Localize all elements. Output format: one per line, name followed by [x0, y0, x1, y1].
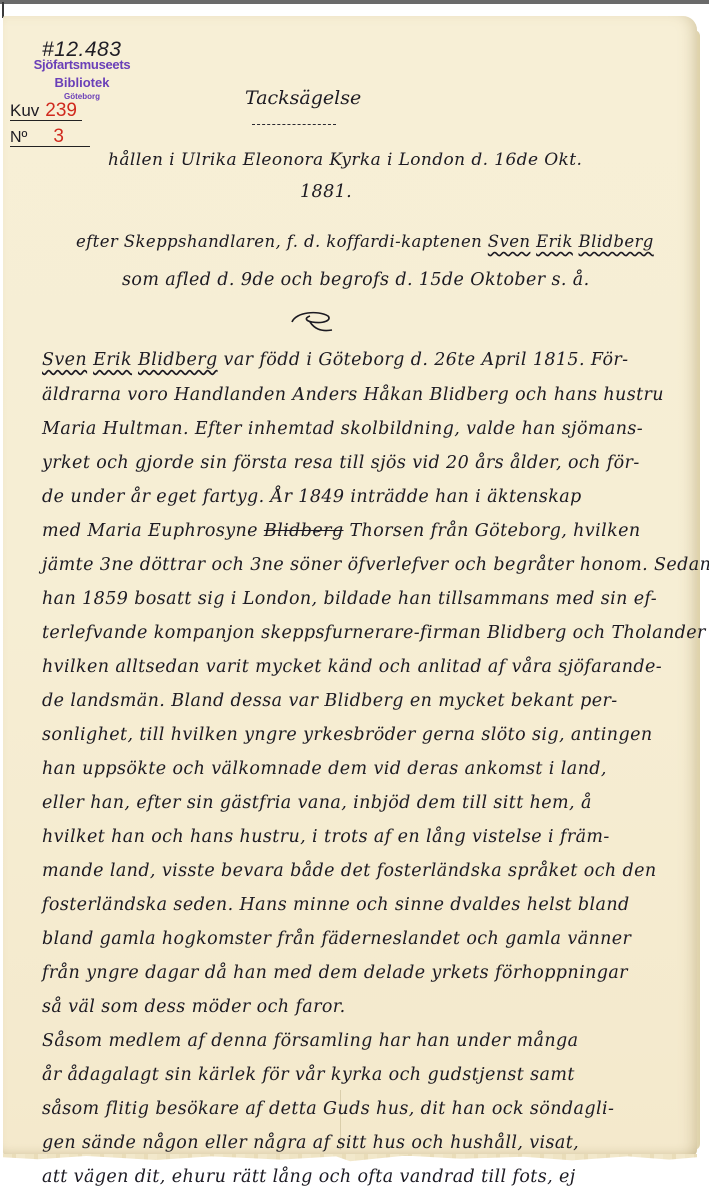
name-blidberg: Blidberg [138, 350, 218, 370]
dedication-text: efter Skeppshandlaren, f. d. koffardi-ka… [76, 232, 488, 251]
body-line-18: bland gamla hogkomster från fädernesland… [42, 929, 631, 949]
body-line-10: hvilken alltsedan varit mycket känd och … [42, 657, 662, 677]
body-line-19: från yngre dagar då han med dem delade y… [42, 963, 628, 983]
body-line-text: var född i Göteborg d. 26te April 1815. … [218, 350, 629, 370]
subtitle-line-2: 1881. [300, 182, 352, 202]
number-value: 3 [53, 126, 64, 147]
title-underline [252, 124, 336, 125]
stamp-line-1: Sjöfartsmuseets [30, 56, 134, 74]
number-field: Nº3 [10, 126, 90, 147]
body-line-6: med Maria Euphrosyne Blidberg Thorsen fr… [42, 521, 641, 541]
body-line-12: sonlighet, till hvilken yngre yrkesbröde… [42, 725, 653, 745]
body-line-text: Thorsen från Göteborg, hvilken [344, 521, 641, 541]
name-blidberg: Blidberg [579, 232, 654, 251]
body-line-21: Såsom medlem af denna församling har han… [42, 1031, 578, 1051]
name-sven: Sven [488, 232, 531, 251]
body-line-13: han uppsökte och välkomnade dem vid dera… [42, 759, 607, 779]
body-line-1: Sven Erik Blidberg var född i Göteborg d… [42, 350, 629, 370]
body-line-17: fosterländska seden. Hans minne och sinn… [42, 895, 630, 915]
body-line-2: äldrarna voro Handlanden Anders Håkan Bl… [42, 385, 664, 405]
body-line-14: eller han, efter sin gästfria vana, inbj… [42, 793, 592, 813]
dedication-line-1: efter Skeppshandlaren, f. d. koffardi-ka… [76, 232, 654, 251]
library-stamp: Sjöfartsmuseets Bibliotek Göteborg [30, 56, 134, 102]
body-line-8: han 1859 bosatt sig i London, bildade ha… [42, 589, 657, 609]
body-line-4: yrket och gjorde sin första resa till sj… [42, 453, 640, 473]
body-line-24: gen sände någon eller några af sitt hus … [42, 1133, 579, 1153]
body-line-16: mande land, visste bevara både det foste… [42, 861, 657, 881]
ornament-flourish-icon [288, 308, 338, 336]
body-line-22: år ådagalagt sin kärlek för vår kyrka oc… [42, 1065, 575, 1085]
name-sven: Sven [42, 350, 87, 370]
subtitle-line-1: hållen i Ulrika Eleonora Kyrka i London … [108, 150, 582, 170]
body-line-11: de landsmän. Bland dessa var Blidberg en… [42, 691, 618, 711]
name-erik: Erik [93, 350, 132, 370]
body-line-23: såsom flitig besökare af detta Guds hus,… [42, 1099, 614, 1119]
body-line-text: med Maria Euphrosyne [42, 521, 264, 541]
dedication-line-2: som afled d. 9de och begrofs d. 15de Okt… [122, 270, 590, 290]
body-line-20: så väl som dess möder och faror. [42, 997, 346, 1017]
number-label: Nº [10, 129, 27, 146]
stamp-line-2: Bibliotek [30, 74, 134, 92]
struck-word: Blidberg [264, 521, 344, 541]
body-line-25: att vägen dit, ehuru rätt lång och ofta … [42, 1167, 576, 1187]
document-title: Tacksägelse [245, 87, 361, 109]
body-line-15: hvilket han och hans hustru, i trots af … [42, 827, 610, 847]
kuv-value: 239 [45, 100, 77, 121]
kuv-field: Kuv239 [10, 100, 82, 121]
scan-top-border [0, 0, 709, 4]
body-line-5: de under år eget fartyg. År 1849 inträdd… [42, 487, 582, 507]
body-line-7: jämte 3ne döttrar och 3ne söner öfverlef… [42, 555, 709, 575]
body-line-3: Maria Hultman. Efter inhemtad skolbildni… [42, 419, 643, 439]
body-line-9: terlefvande kompanjon skeppsfurnerare-fi… [42, 623, 706, 643]
name-erik: Erik [536, 232, 573, 251]
kuv-label: Kuv [10, 101, 39, 120]
